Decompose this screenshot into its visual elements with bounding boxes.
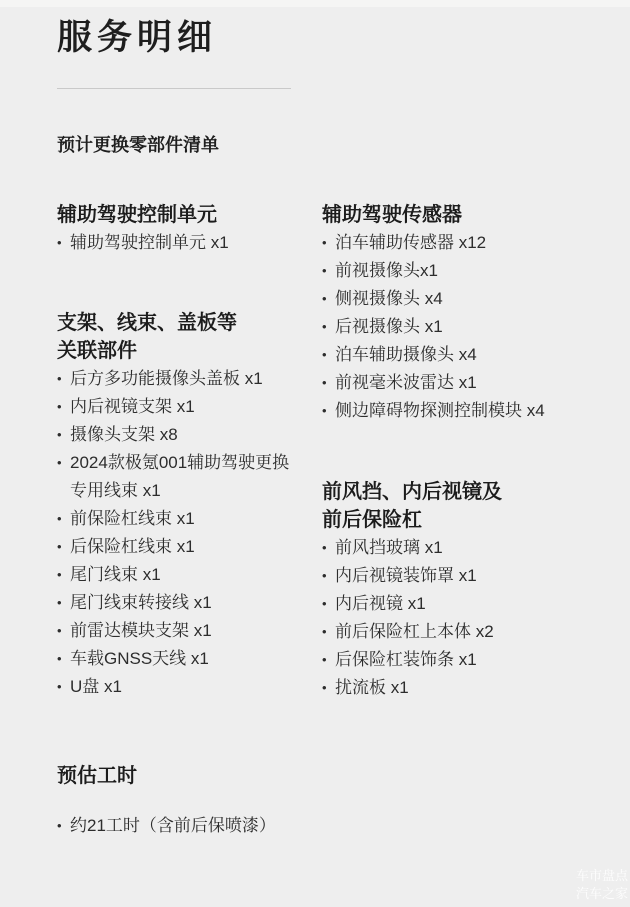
- part-item-label: 前视毫米波雷达 x1: [335, 369, 610, 397]
- bullet-icon: •: [322, 618, 335, 646]
- part-item-label: 2024款极氪001辅助驾驶更换专用线束 x1: [70, 449, 297, 505]
- bullet-icon: •: [322, 674, 335, 702]
- section-heading: 辅助驾驶控制单元: [57, 201, 322, 229]
- part-item-label: 尾门线束转接线 x1: [70, 589, 297, 617]
- page-content: 服务明细 预计更换零部件清单 辅助驾驶控制单元 • 辅助驾驶控制单元 x1: [0, 0, 630, 840]
- section-windshield-mirror-bumpers: 前风挡、内后视镜及 前后保险杠 • 前风挡玻璃 x1 • 内后视镜装饰罩 x1: [322, 478, 610, 702]
- labor-item: • 约21工时（含前后保喷漆）: [57, 812, 610, 840]
- bullet-icon: •: [322, 590, 335, 618]
- part-item: • 后方多功能摄像头盖板 x1: [57, 365, 297, 393]
- part-item: • 前风挡玻璃 x1: [322, 534, 610, 562]
- part-item: • 内后视镜 x1: [322, 590, 610, 618]
- part-item-label: 车载GNSS天线 x1: [70, 645, 297, 673]
- labor-item-label: 约21工时（含前后保喷漆）: [70, 812, 610, 840]
- right-column: 辅助驾驶传感器 • 泊车辅助传感器 x12 • 前视摄像头x1 •: [322, 201, 610, 702]
- part-item: • 尾门线束 x1: [57, 561, 297, 589]
- service-detail-page: 服务明细 预计更换零部件清单 辅助驾驶控制单元 • 辅助驾驶控制单元 x1: [0, 0, 630, 907]
- bullet-icon: •: [57, 589, 70, 617]
- bullet-icon: •: [322, 229, 335, 257]
- part-item: • 后保险杠装饰条 x1: [322, 646, 610, 674]
- part-item: • 扰流板 x1: [322, 674, 610, 702]
- bullet-icon: •: [322, 369, 335, 397]
- part-item: • U盘 x1: [57, 673, 297, 701]
- bullet-icon: •: [57, 812, 70, 840]
- bullet-icon: •: [322, 562, 335, 590]
- part-item-label: 内后视镜支架 x1: [70, 393, 297, 421]
- bullet-icon: •: [322, 341, 335, 369]
- section-estimated-labor: 预估工时 • 约21工时（含前后保喷漆）: [57, 762, 610, 840]
- watermark: 车市盘点 汽车之家: [576, 867, 628, 903]
- bullet-icon: •: [322, 285, 335, 313]
- section-heading-line: 关联部件: [57, 337, 322, 365]
- part-item-label: 内后视镜装饰罩 x1: [335, 562, 610, 590]
- part-item: • 前视毫米波雷达 x1: [322, 369, 610, 397]
- parts-list: • 后方多功能摄像头盖板 x1 • 内后视镜支架 x1 • 摄像头支架 x8: [57, 365, 297, 701]
- part-item: • 辅助驾驶控制单元 x1: [57, 229, 297, 257]
- section-adas-sensors: 辅助驾驶传感器 • 泊车辅助传感器 x12 • 前视摄像头x1 •: [322, 201, 610, 425]
- part-item: • 后保险杠线束 x1: [57, 533, 297, 561]
- part-item-label: 前视摄像头x1: [335, 257, 610, 285]
- part-item-label: 泊车辅助摄像头 x4: [335, 341, 610, 369]
- part-item-label: 扰流板 x1: [335, 674, 610, 702]
- page-title: 服务明细: [57, 0, 610, 60]
- part-item: • 前雷达模块支架 x1: [57, 617, 297, 645]
- part-item: • 尾门线束转接线 x1: [57, 589, 297, 617]
- labor-list: • 约21工时（含前后保喷漆）: [57, 812, 610, 840]
- section-heading-line: 预估工时: [57, 762, 610, 790]
- part-item-label: 前风挡玻璃 x1: [335, 534, 610, 562]
- part-item: • 前视摄像头x1: [322, 257, 610, 285]
- part-item: • 前后保险杠上本体 x2: [322, 618, 610, 646]
- bullet-icon: •: [57, 449, 70, 505]
- part-item: • 泊车辅助传感器 x12: [322, 229, 610, 257]
- parts-columns: 辅助驾驶控制单元 • 辅助驾驶控制单元 x1 支架、线束、盖板等 关联部件: [57, 201, 610, 702]
- parts-list: • 泊车辅助传感器 x12 • 前视摄像头x1 • 侧视摄像头 x4 •: [322, 229, 610, 425]
- parts-list: • 辅助驾驶控制单元 x1: [57, 229, 297, 257]
- part-item-label: 后方多功能摄像头盖板 x1: [70, 365, 297, 393]
- part-item-label: 泊车辅助传感器 x12: [335, 229, 610, 257]
- bullet-icon: •: [57, 561, 70, 589]
- watermark-line-2: 汽车之家: [576, 885, 628, 903]
- part-item-label: 后保险杠装饰条 x1: [335, 646, 610, 674]
- part-item-label: 内后视镜 x1: [335, 590, 610, 618]
- labor-heading: 预估工时: [57, 762, 610, 790]
- section-heading-line: 前风挡、内后视镜及: [322, 478, 610, 506]
- part-item: • 后视摄像头 x1: [322, 313, 610, 341]
- part-item-label: 尾门线束 x1: [70, 561, 297, 589]
- section-heading-line: 辅助驾驶控制单元: [57, 201, 322, 229]
- watermark-line-1: 车市盘点: [576, 867, 628, 885]
- bullet-icon: •: [57, 365, 70, 393]
- part-item: • 摄像头支架 x8: [57, 421, 297, 449]
- title-divider: [57, 88, 291, 89]
- section-brackets-harness-covers: 支架、线束、盖板等 关联部件 • 后方多功能摄像头盖板 x1 • 内后视镜支架 …: [57, 309, 322, 701]
- part-item: • 车载GNSS天线 x1: [57, 645, 297, 673]
- section-heading: 辅助驾驶传感器: [322, 201, 610, 229]
- bullet-icon: •: [57, 229, 70, 257]
- section-heading: 支架、线束、盖板等 关联部件: [57, 309, 322, 365]
- bullet-icon: •: [57, 673, 70, 701]
- top-band: [0, 0, 630, 7]
- parts-list: • 前风挡玻璃 x1 • 内后视镜装饰罩 x1 • 内后视镜 x1 •: [322, 534, 610, 702]
- part-item: • 前保险杠线束 x1: [57, 505, 297, 533]
- part-item: • 侧边障碍物探测控制模块 x4: [322, 397, 610, 425]
- bullet-icon: •: [322, 397, 335, 425]
- bullet-icon: •: [57, 393, 70, 421]
- section-heading: 前风挡、内后视镜及 前后保险杠: [322, 478, 610, 534]
- part-item-label: U盘 x1: [70, 673, 297, 701]
- left-column: 辅助驾驶控制单元 • 辅助驾驶控制单元 x1 支架、线束、盖板等 关联部件: [57, 201, 322, 702]
- section-heading-line: 支架、线束、盖板等: [57, 309, 322, 337]
- part-item: • 泊车辅助摄像头 x4: [322, 341, 610, 369]
- part-item: • 2024款极氪001辅助驾驶更换专用线束 x1: [57, 449, 297, 505]
- part-item-label: 前雷达模块支架 x1: [70, 617, 297, 645]
- part-item-label: 摄像头支架 x8: [70, 421, 297, 449]
- bullet-icon: •: [322, 257, 335, 285]
- bullet-icon: •: [322, 646, 335, 674]
- bullet-icon: •: [322, 313, 335, 341]
- part-item-label: 侧边障碍物探测控制模块 x4: [335, 397, 610, 425]
- bullet-icon: •: [57, 617, 70, 645]
- section-heading-line: 辅助驾驶传感器: [322, 201, 610, 229]
- section-adas-control-unit: 辅助驾驶控制单元 • 辅助驾驶控制单元 x1: [57, 201, 322, 257]
- part-item: • 内后视镜装饰罩 x1: [322, 562, 610, 590]
- part-item-label: 侧视摄像头 x4: [335, 285, 610, 313]
- bullet-icon: •: [57, 421, 70, 449]
- part-item: • 内后视镜支架 x1: [57, 393, 297, 421]
- part-item-label: 后视摄像头 x1: [335, 313, 610, 341]
- part-item-label: 前保险杠线束 x1: [70, 505, 297, 533]
- bullet-icon: •: [57, 533, 70, 561]
- bullet-icon: •: [322, 534, 335, 562]
- part-item: • 侧视摄像头 x4: [322, 285, 610, 313]
- bullet-icon: •: [57, 645, 70, 673]
- part-item-label: 辅助驾驶控制单元 x1: [70, 229, 297, 257]
- part-item-label: 后保险杠线束 x1: [70, 533, 297, 561]
- bullet-icon: •: [57, 505, 70, 533]
- part-item-label: 前后保险杠上本体 x2: [335, 618, 610, 646]
- section-heading-line: 前后保险杠: [322, 506, 610, 534]
- parts-list-title: 预计更换零部件清单: [57, 132, 610, 158]
